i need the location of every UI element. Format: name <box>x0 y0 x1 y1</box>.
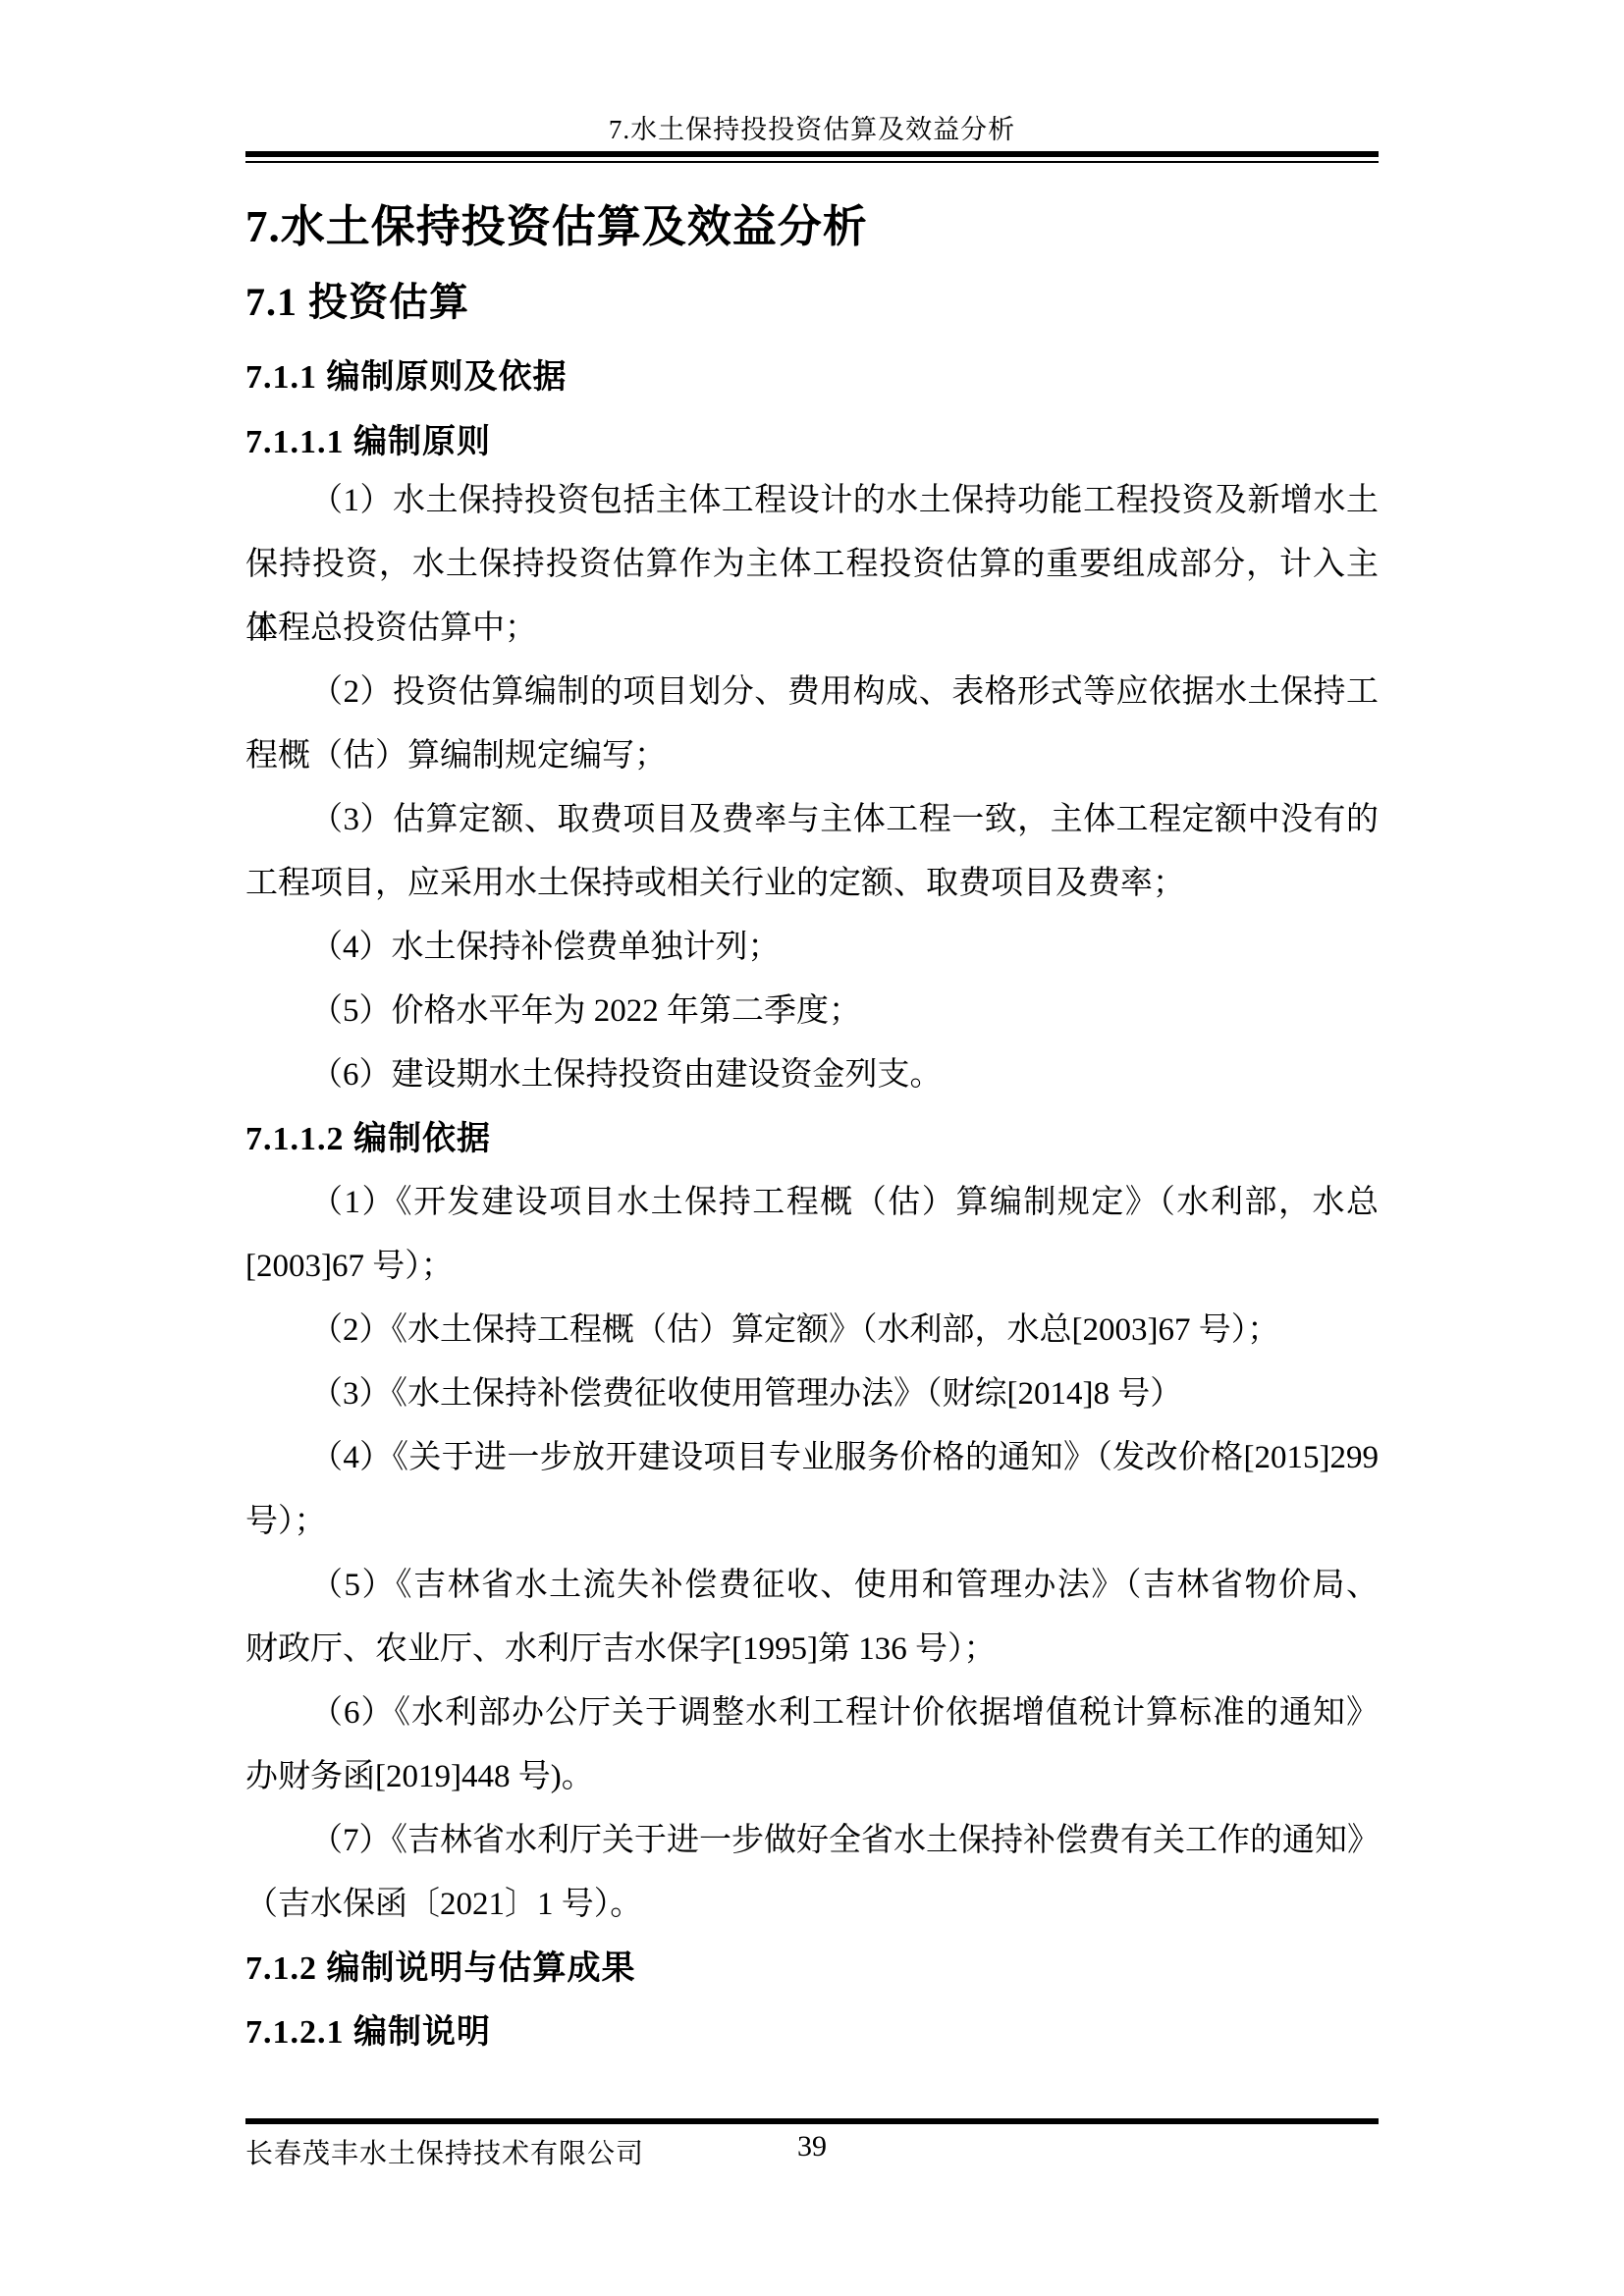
paragraph-line: [2003]67 号）； <box>245 1235 1379 1299</box>
chapter-title: 7.水土保持投资估算及效益分析 <box>245 190 1379 254</box>
section-heading-7-1-1-1: 7.1.1.1 编制原则 <box>245 414 1379 462</box>
section-heading-7-1-2-1: 7.1.2.1 编制说明 <box>245 2001 1379 2064</box>
paragraph-line: （吉水保函〔2021〕1 号）。 <box>245 1873 1379 1937</box>
paragraph-line: （5）《吉林省水土流失补偿费征收、使用和管理办法》（吉林省物价局、 <box>245 1554 1379 1618</box>
paragraph-line: （4）水土保持补偿费单独计列； <box>245 916 1379 980</box>
paragraph-line: 工程总投资估算中； <box>245 597 1379 661</box>
paragraph-line: 程概（估）算编制规定编写； <box>245 724 1379 788</box>
paragraph-line: （1）《开发建设项目水土保持工程概（估）算编制规定》（水利部，水总 <box>245 1171 1379 1235</box>
paragraph-line: 保持投资，水土保持投资估算作为主体工程投资估算的重要组成部分，计入主体 <box>245 533 1379 597</box>
paragraph-line: （3）《水土保持补偿费征收使用管理办法》（财综[2014]8 号） <box>245 1362 1379 1426</box>
paragraph-line: （2）投资估算编制的项目划分、费用构成、表格形式等应依据水土保持工 <box>245 661 1379 724</box>
document-page: 7.水土保持投投资估算及效益分析 7.水土保持投资估算及效益分析 7.1 投资估… <box>0 0 1624 2296</box>
page-number: 39 <box>245 2130 1379 2163</box>
paragraph-line: （5）价格水平年为 2022 年第二季度； <box>245 980 1379 1043</box>
paragraph-line: （1）水土保持投资包括主体工程设计的水土保持功能工程投资及新增水土 <box>245 469 1379 533</box>
footer-rule <box>245 2118 1379 2124</box>
running-header: 7.水土保持投投资估算及效益分析 <box>245 114 1379 145</box>
section-heading-7-1-2: 7.1.2 编制说明与估算成果 <box>245 1937 1379 2001</box>
section-heading-7-1-1-2: 7.1.1.2 编制依据 <box>245 1107 1379 1171</box>
paragraph-line: （2）《水土保持工程概（估）算定额》（水利部，水总[2003]67 号）； <box>245 1299 1379 1362</box>
paragraph-line: （6）建设期水土保持投资由建设资金列支。 <box>245 1043 1379 1107</box>
header-rule-thin <box>245 161 1379 163</box>
header-rule-thick <box>245 151 1379 157</box>
paragraph-line: 工程项目，应采用水土保持或相关行业的定额、取费项目及费率； <box>245 852 1379 916</box>
paragraph-line: 财政厅、农业厅、水利厅吉水保字[1995]第 136 号）； <box>245 1618 1379 1682</box>
body-text-block: （1）水土保持投资包括主体工程设计的水土保持功能工程投资及新增水土 保持投资，水… <box>245 469 1379 2064</box>
paragraph-line: （3）估算定额、取费项目及费率与主体工程一致，主体工程定额中没有的 <box>245 788 1379 852</box>
paragraph-line: （6）《水利部办公厅关于调整水利工程计价依据增值税计算标准的通知》 <box>245 1682 1379 1745</box>
paragraph-line: （7）《吉林省水利厅关于进一步做好全省水土保持补偿费有关工作的通知》 <box>245 1809 1379 1873</box>
paragraph-line: （4）《关于进一步放开建设项目专业服务价格的通知》（发改价格[2015]299 <box>245 1426 1379 1490</box>
section-heading-7-1: 7.1 投资估算 <box>245 271 1379 327</box>
paragraph-line: 号）； <box>245 1490 1379 1554</box>
section-heading-7-1-1: 7.1.1 编制原则及依据 <box>245 349 1379 398</box>
paragraph-line: 办财务函[2019]448 号)。 <box>245 1745 1379 1809</box>
